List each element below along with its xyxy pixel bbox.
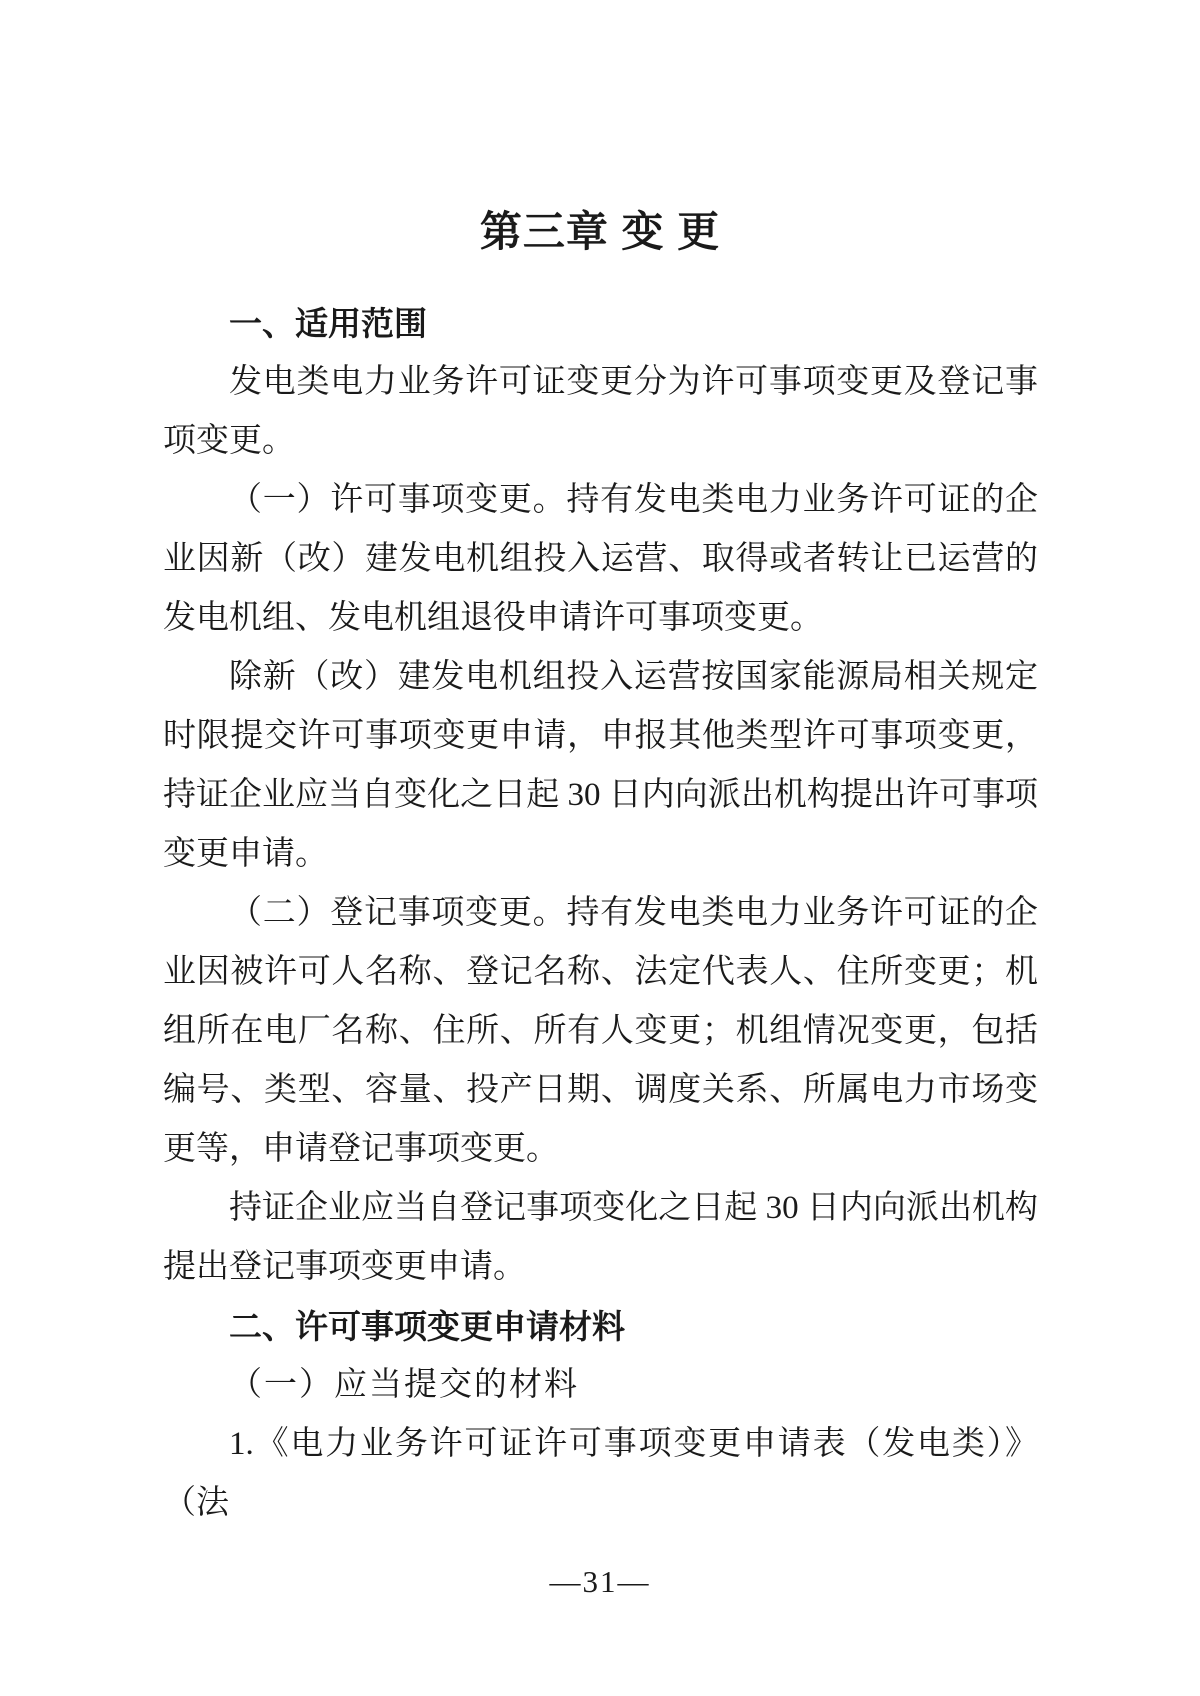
document-page: 第三章 变 更 一、适用范围 发电类电力业务许可证变更分为许可事项变更及登记事项… bbox=[0, 0, 1200, 1696]
section-heading-2: 二、许可事项变更申请材料 bbox=[163, 1297, 1038, 1356]
paragraph-registration-item-change: （二）登记事项变更。持有发电类电力业务许可证的企业因被许可人名称、登记名称、法定… bbox=[163, 884, 1038, 1179]
chapter-title: 第三章 变 更 bbox=[0, 207, 1200, 257]
page-number: —31— bbox=[0, 1562, 1200, 1602]
paragraph-deadline-registration-change: 持证企业应当自登记事项变化之日起 30 日内向派出机构提出登记事项变更申请。 bbox=[163, 1179, 1038, 1297]
paragraph-license-item-change: （一）许可事项变更。持有发电类电力业务许可证的企业因新（改）建发电机组投入运营、… bbox=[163, 471, 1038, 648]
document-body: 一、适用范围 发电类电力业务许可证变更分为许可事项变更及登记事项变更。 （一）许… bbox=[163, 294, 1038, 1533]
paragraph-scope-intro: 发电类电力业务许可证变更分为许可事项变更及登记事项变更。 bbox=[163, 353, 1038, 471]
paragraph-material-item-1: 1.《电力业务许可证许可事项变更申请表（发电类）》（法 bbox=[163, 1415, 1038, 1533]
paragraph-deadline-license-change: 除新（改）建发电机组投入运营按国家能源局相关规定时限提交许可事项变更申请，申报其… bbox=[163, 648, 1038, 884]
section-heading-1: 一、适用范围 bbox=[163, 294, 1038, 353]
sub-heading-materials: （一）应当提交的材料 bbox=[163, 1356, 1038, 1415]
